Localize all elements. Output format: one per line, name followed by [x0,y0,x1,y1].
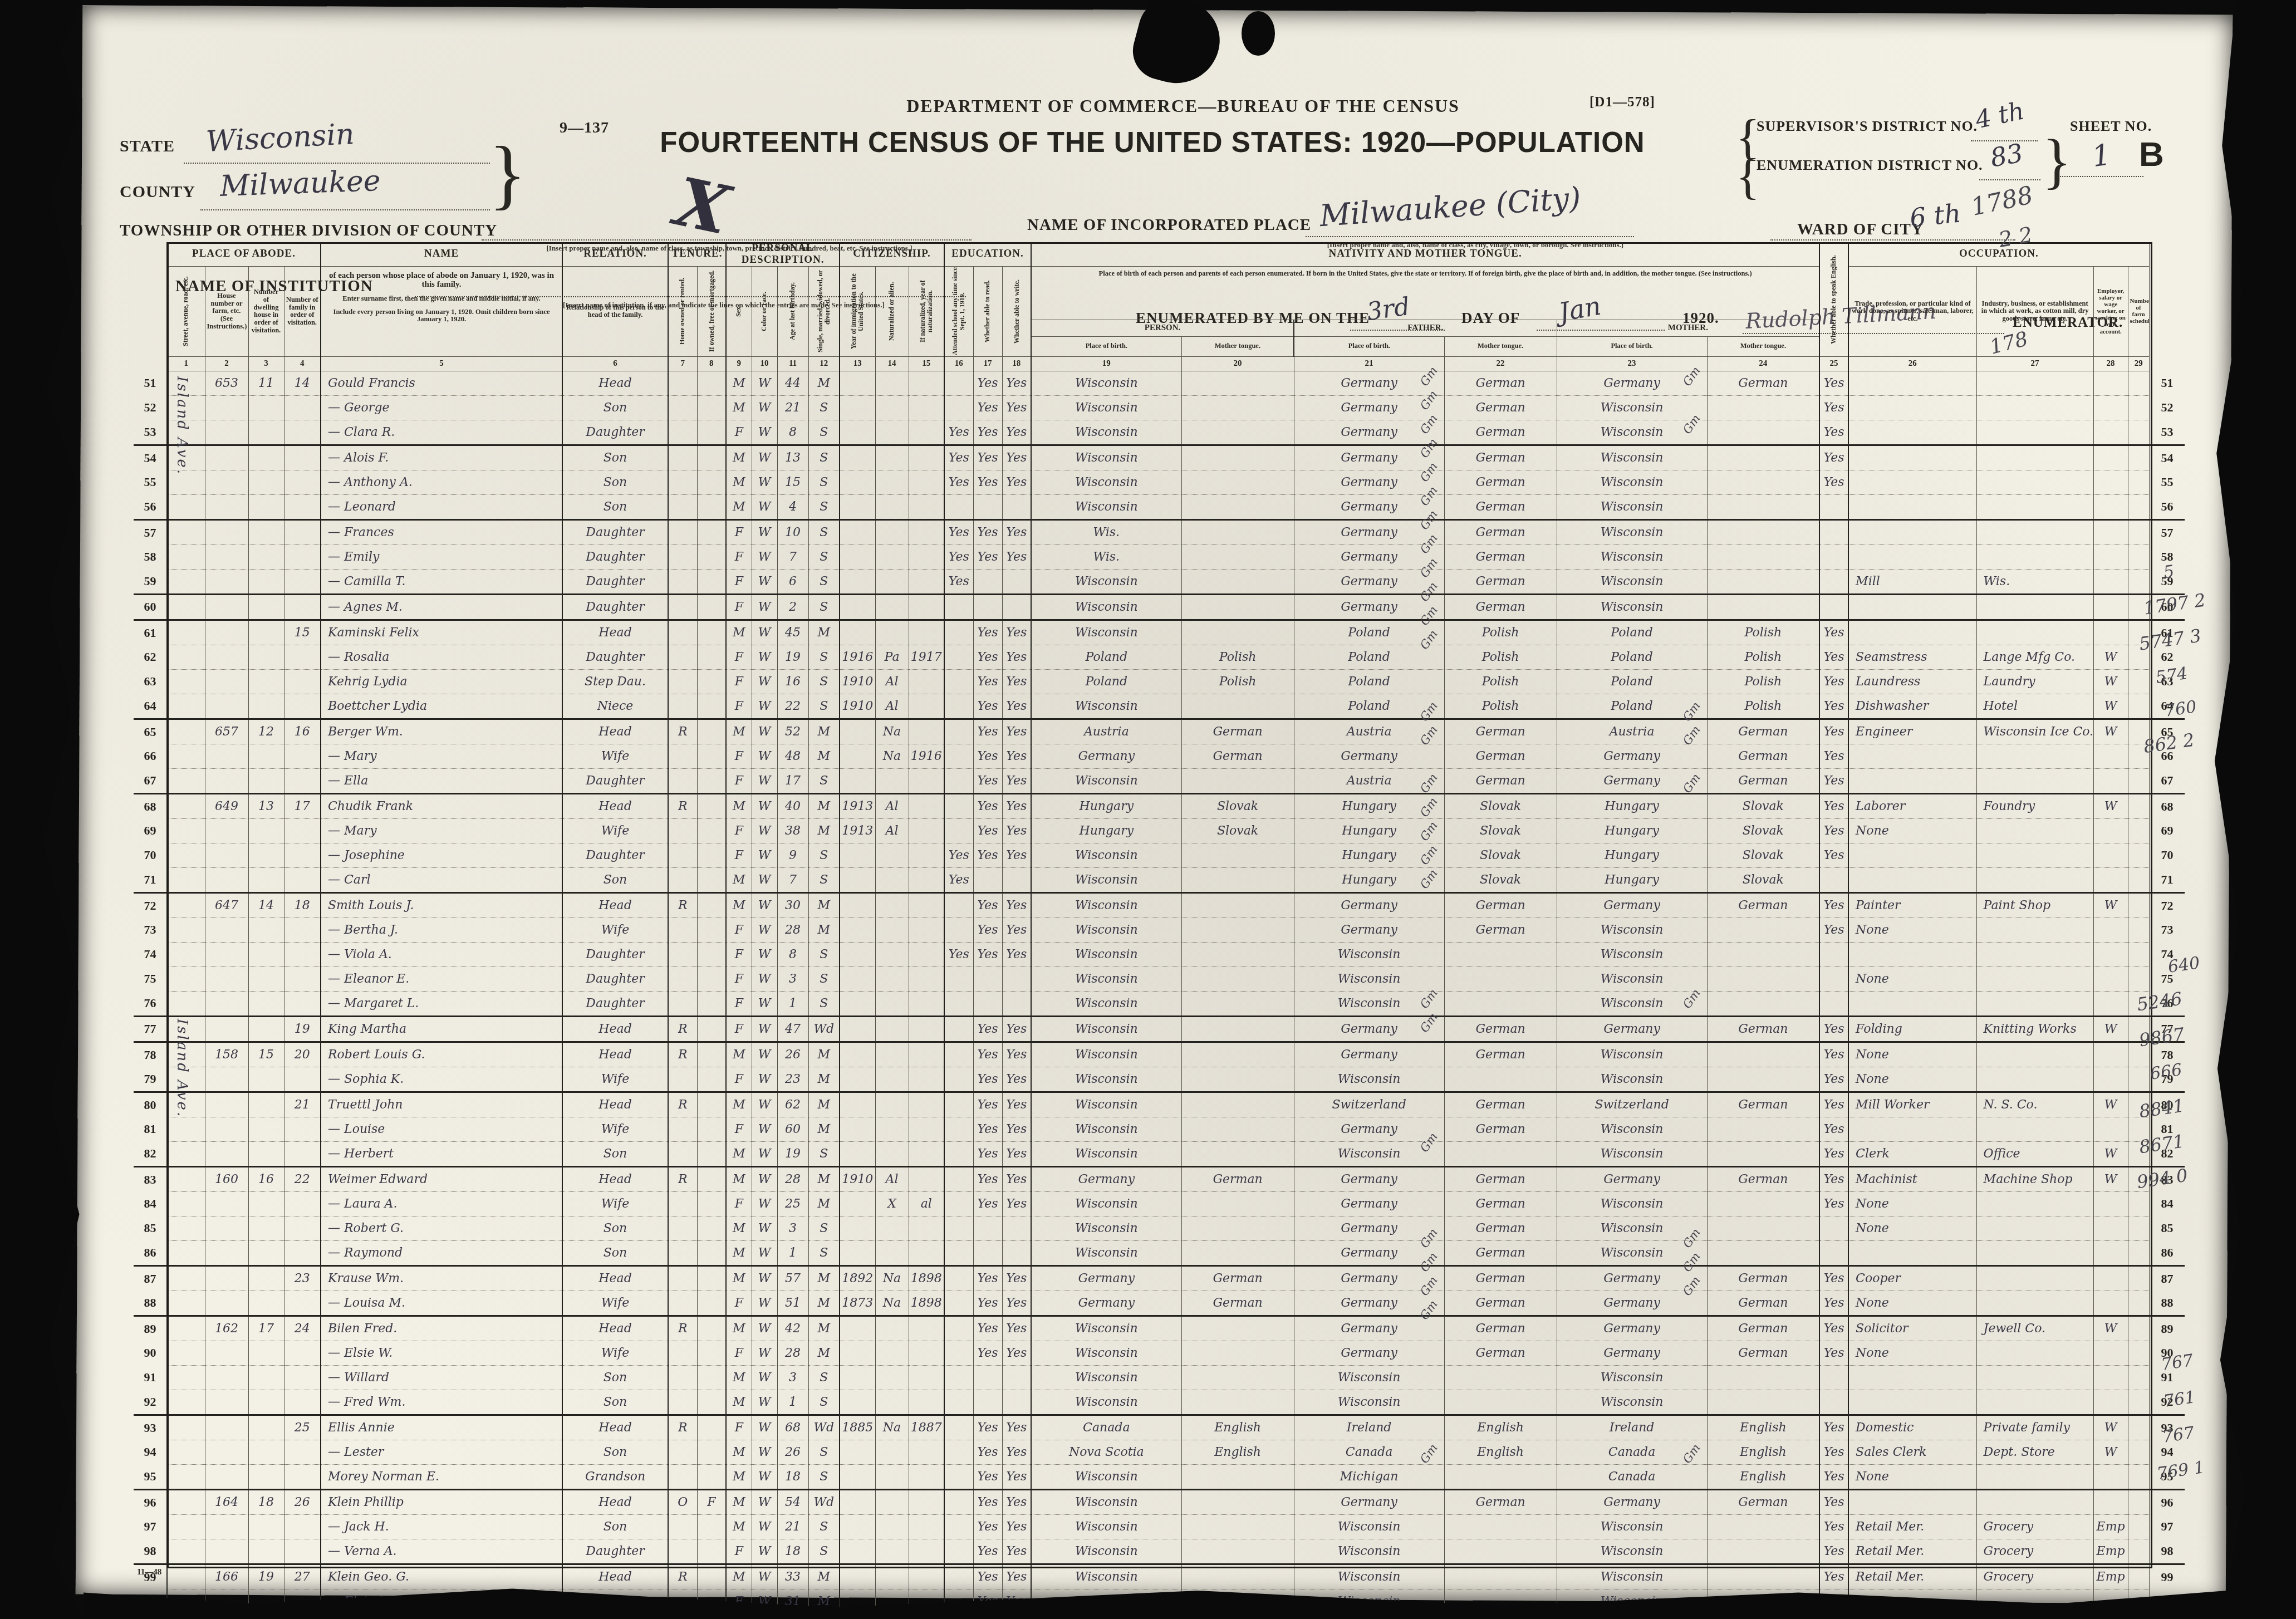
cell: Hungary [1557,867,1707,892]
cell: 1 [777,1390,808,1415]
cell [840,1341,875,1365]
cell [840,395,875,420]
cell [2093,1067,2128,1092]
cell: German [1707,768,1819,793]
cell: Wisconsin [1031,470,1181,494]
cell [167,967,205,991]
cell [248,1191,284,1216]
cell [1819,544,1848,569]
cell: Yes [944,445,973,470]
table-row: 95Morey Norman E.GrandsonMW18SYesYesWisc… [134,1464,2185,1489]
cell [284,918,321,942]
cell: Wisconsin [1031,918,1181,942]
cell: Al [875,793,909,818]
cell [2128,420,2149,445]
cell [248,1117,284,1141]
cell: 58 [134,544,167,569]
cell: S [808,1514,840,1539]
cell: M [808,1092,840,1117]
cell: Yes [1819,719,1848,744]
cell [248,1240,284,1265]
cell [1976,1067,2093,1092]
column-number: 28 [2093,356,2128,371]
cell: 71 [2149,867,2185,892]
cell [284,1141,321,1166]
cell [697,991,726,1016]
cell: Wisconsin [1031,892,1181,918]
cell: Yes [973,1415,1002,1440]
table-row: 62— RosaliaDaughterFW19S1916Pa1917YesYes… [134,645,2185,669]
cell [2128,470,2149,494]
cell: Wisconsin [1294,1067,1444,1092]
cell: 1910 [840,1166,875,1191]
cell [668,843,697,867]
cell: Yes [1002,892,1031,918]
cell: Yes [1002,1092,1031,1117]
cell: 23 [284,1265,321,1291]
column-number: 10 [752,356,777,371]
cell [668,1539,697,1564]
cell: 1885 [840,1415,875,1440]
cell [1181,942,1294,967]
cell: Daughter [562,942,668,967]
cell: Yes [1002,1539,1031,1564]
cell: — Fred Wm. [321,1390,562,1415]
cell [2093,1464,2128,1489]
cell [1976,371,2093,395]
cell: Yes [1002,1415,1031,1440]
cell: Emp [2093,1514,2128,1539]
cell [840,519,875,544]
cell: Germany [1031,1166,1181,1191]
cell [973,569,1002,594]
cell [1181,967,1294,991]
cell: Yes [1002,942,1031,967]
cell: 48 [777,744,808,768]
cell: M [726,1092,752,1117]
cell [205,445,248,470]
cell [1181,1539,1294,1564]
cell: Yes [1819,1415,1848,1440]
cell: German [1444,445,1557,470]
cell: W [752,1216,777,1240]
cell: 68 [2149,793,2185,818]
cell: Laundry [1976,669,2093,694]
col4-header: Number of family in order of visitation. [284,266,321,356]
cell [909,918,944,942]
cell: Head [562,1415,668,1440]
cell [1976,420,2093,445]
cell: German [1444,768,1557,793]
cell: Yes [1002,818,1031,843]
cell: N. S. Co. [1976,1092,2093,1117]
cell [697,768,726,793]
cell: 30 [777,892,808,918]
table-row: 76— Margaret L.DaughterFW1SWisconsinWisc… [134,991,2185,1016]
cell [1707,1141,1819,1166]
cell [840,470,875,494]
mother-pob-header: Place of birth. [1557,336,1707,356]
cell: English [1707,1415,1819,1440]
cell: W [752,1539,777,1564]
cell [697,519,726,544]
cell: Yes [1002,470,1031,494]
cell [1819,991,1848,1016]
cell [1002,867,1031,892]
cell [205,768,248,793]
cell: Polish [1444,645,1557,669]
cell [668,967,697,991]
cell: German [1444,1191,1557,1216]
cell [1819,519,1848,544]
cell [697,1141,726,1166]
cell: Yes [973,371,1002,395]
cell [248,1291,284,1316]
cell: 56 [134,494,167,519]
cell: Wisconsin [1031,569,1181,594]
supervisors-district-label: SUPERVISOR'S DISTRICT NO. [1757,118,1978,135]
cell: Yes [1819,1341,1848,1365]
cell: Robert Louis G. [321,1042,562,1067]
cell: 88 [134,1291,167,1316]
cell [697,1092,726,1117]
cell: Wd [808,1016,840,1042]
table-row: 66— MaryWifeFW48MNa1916YesYesGermanyGerm… [134,744,2185,768]
cell [668,494,697,519]
mother-header: MOTHER. [1557,320,1819,336]
cell: W [752,620,777,645]
cell: Wisconsin [1031,445,1181,470]
cell: Yes [973,1564,1002,1589]
cell: 28 [777,1341,808,1365]
cell: Head [562,1092,668,1117]
cell: German [1444,1216,1557,1240]
cell [1819,1216,1848,1240]
cell [1976,544,2093,569]
cell: M [726,494,752,519]
cell [2093,942,2128,967]
cell [697,744,726,768]
cell: 162 [205,1316,248,1341]
cell: 657 [205,719,248,744]
cell [1181,1067,1294,1092]
cell: — Bertha J. [321,918,562,942]
cell: W [752,395,777,420]
cell [205,645,248,669]
cell [668,694,697,719]
table-row: 726471418Smith Louis J.HeadRMW30MYesYesW… [134,892,2185,918]
cell [1707,494,1819,519]
cell: W [752,843,777,867]
cell: 55 [2149,470,2185,494]
cell: Wisconsin [1031,843,1181,867]
cell: 66 [134,744,167,768]
cell: — Anthony A. [321,470,562,494]
cell: 653 [205,371,248,395]
cell: Yes [973,445,1002,470]
cell: Yes [1002,1464,1031,1489]
cell: 15 [284,620,321,645]
ink-blot-top-2 [1242,11,1275,56]
cell [909,768,944,793]
cell [875,1365,909,1390]
cell [2128,569,2149,594]
cell: Slovak [1444,843,1557,867]
cell: Wis. [1031,544,1181,569]
cell: Yes [1002,1016,1031,1042]
cell: German [1444,1117,1557,1141]
cell [840,1440,875,1464]
cell: Poland [1031,645,1181,669]
cell: English [1181,1440,1294,1464]
cell [167,991,205,1016]
cell: Dept. Store [1976,1440,2093,1464]
cell: Yes [973,1440,1002,1464]
cell: M [808,1067,840,1092]
cell: M [808,371,840,395]
cell [2128,494,2149,519]
cell: Wisconsin [1031,395,1181,420]
cell: W [752,1564,777,1589]
cell [875,1141,909,1166]
table-row: 56— LeonardSonMW4SWisconsinGermanyGerman… [134,494,2185,519]
cell: Morey Norman E. [321,1464,562,1489]
cell: 28 [777,1166,808,1191]
cell: English [1444,1440,1557,1464]
cell: Head [562,371,668,395]
cell [284,544,321,569]
cell [1181,1117,1294,1141]
cell: Head [562,793,668,818]
cell: 1 [777,991,808,1016]
cell: German [1444,594,1557,620]
cell [909,1514,944,1539]
cell: W [2093,1440,2128,1464]
cell: Son [562,1440,668,1464]
cell: Yes [944,942,973,967]
cell: W [752,1092,777,1117]
cell [840,892,875,918]
cell [668,1067,697,1092]
cell [668,445,697,470]
district-brace-close: } [2042,126,2072,197]
cell [2093,1341,2128,1365]
cell: Hungary [1031,818,1181,843]
cell: Yes [1002,1166,1031,1191]
cell [840,918,875,942]
cell: S [808,1464,840,1489]
table-row: 86— RaymondSonMW1SWisconsinGermanyGerman… [134,1240,2185,1265]
cell [1181,1316,1294,1341]
cell: 51 [777,1291,808,1316]
cell [875,991,909,1016]
cell: 2 [777,594,808,620]
cell: W [752,544,777,569]
cell [1819,1390,1848,1415]
cell: 68 [777,1415,808,1440]
cell: Slovak [1707,867,1819,892]
cell [1976,519,2093,544]
cell: W [752,818,777,843]
cell: Wisconsin [1557,1564,1707,1589]
cell: Yes [944,470,973,494]
cell: F [726,1539,752,1564]
cell: M [726,1265,752,1291]
cell: German [1444,519,1557,544]
cell [1181,395,1294,420]
cell: Wisconsin [1031,991,1181,1016]
street-name-vertical-1: Island Ave. [174,376,190,582]
cell: S [808,395,840,420]
cell [840,1117,875,1141]
cell: 164 [205,1489,248,1514]
cell [697,1365,726,1390]
cell: 28 [777,918,808,942]
cell: Germany [1294,1341,1444,1365]
cell [1848,420,1976,445]
cell [205,967,248,991]
cell [2093,519,2128,544]
cell: Folding [1848,1016,1976,1042]
cell: Yes [1002,1514,1031,1539]
cell [167,1341,205,1365]
cell: 67 [134,768,167,793]
group-personal: PERSONAL DESCRIPTION. [726,243,840,267]
cell: R [668,1042,697,1067]
cell: W [2093,793,2128,818]
cell: Germany [1557,1016,1707,1042]
cell: W [752,519,777,544]
cell: Gould Francis [321,371,562,395]
cell: W [2093,892,2128,918]
cell: W [752,1166,777,1191]
cell [668,1191,697,1216]
cell: Wisconsin [1557,470,1707,494]
cell: Yes [1819,1539,1848,1564]
cell [1848,768,1976,793]
cell: F [726,942,752,967]
cell [2093,818,2128,843]
table-row: 75— Eleanor E.DaughterFW3SWisconsinWisco… [134,967,2185,991]
cell: Yes [973,669,1002,694]
cell: Wife [562,918,668,942]
cell: Germany [1294,1166,1444,1191]
cell: 68 [134,793,167,818]
cell: Wisconsin Ice Co. [1976,719,2093,744]
cell [1181,1016,1294,1042]
cell: 14 [248,892,284,918]
cell: Daughter [562,594,668,620]
cell: F [697,1489,726,1514]
cell: Yes [1819,1489,1848,1514]
col6-header: Relationship of this person to the head … [562,266,668,356]
cell: R [668,1316,697,1341]
cell [944,1067,973,1092]
cell: Ireland [1294,1415,1444,1440]
group-occupation: OCCUPATION. [1848,243,2149,267]
cell: M [808,719,840,744]
cell: Office [1976,1141,2093,1166]
column-number: 12 [808,356,840,371]
cell: None [1848,967,1976,991]
left-scan-edge [0,0,84,1619]
cell: Yes [1819,1067,1848,1092]
cell: 45 [777,620,808,645]
cell: 83 [134,1166,167,1191]
cell: Hungary [1557,793,1707,818]
cell [697,892,726,918]
cell: — Eleanor E. [321,967,562,991]
cell [205,918,248,942]
cell: None [1848,1216,1976,1240]
cell [1707,445,1819,470]
cell: — Robert G. [321,1216,562,1240]
cell [668,1240,697,1265]
cell [2128,1265,2149,1291]
cell [944,1564,973,1589]
cell: 57 [2149,519,2185,544]
cell: Klein Phillip [321,1489,562,1514]
cell: Wisconsin [1031,1042,1181,1067]
cell [1002,1390,1031,1415]
cell: W [752,371,777,395]
cell: S [808,1141,840,1166]
table-row: 84— Laura A.WifeFW25MXalYesYesWisconsinG… [134,1191,2185,1216]
cell: Head [562,892,668,918]
cell [2093,594,2128,620]
cell: Wife [562,1291,668,1316]
cell [1181,519,1294,544]
cell [875,1539,909,1564]
cell: Germany [1557,1489,1707,1514]
cell [840,1067,875,1092]
cell [875,445,909,470]
cell: Yes [944,519,973,544]
cell [909,1117,944,1141]
cell: M [808,1291,840,1316]
table-row: 991661927Klein Geo. G.HeadRMW33MYesYesWi… [134,1564,2185,1589]
cell: Yes [1819,694,1848,719]
cell: Wisconsin [1031,371,1181,395]
cell: M [726,445,752,470]
cell: Dishwasher [1848,694,1976,719]
county-label: COUNTY [120,183,195,202]
cell: Polish [1444,694,1557,719]
cell: None [1848,1291,1976,1316]
cell [1002,1216,1031,1240]
cell: Wd [808,1415,840,1440]
cell [1181,1216,1294,1240]
cell: Head [562,1489,668,1514]
table-row: 54— Alois F.SonMW13SYesYesYesWisconsinGe… [134,445,2185,470]
cell [2093,744,2128,768]
cell: Yes [1819,793,1848,818]
cell [875,867,909,892]
cell: F [726,1117,752,1141]
cell: R [668,1415,697,1440]
cell [697,1216,726,1240]
cell [875,1341,909,1365]
cell [205,942,248,967]
cell: F [726,991,752,1016]
cell [284,1117,321,1141]
cell: 98 [2149,1539,2185,1564]
cell [2128,669,2149,694]
cell: Klein Geo. G. [321,1564,562,1589]
cell: 160 [205,1166,248,1191]
cell [205,420,248,445]
cell: Polish [1181,669,1294,694]
